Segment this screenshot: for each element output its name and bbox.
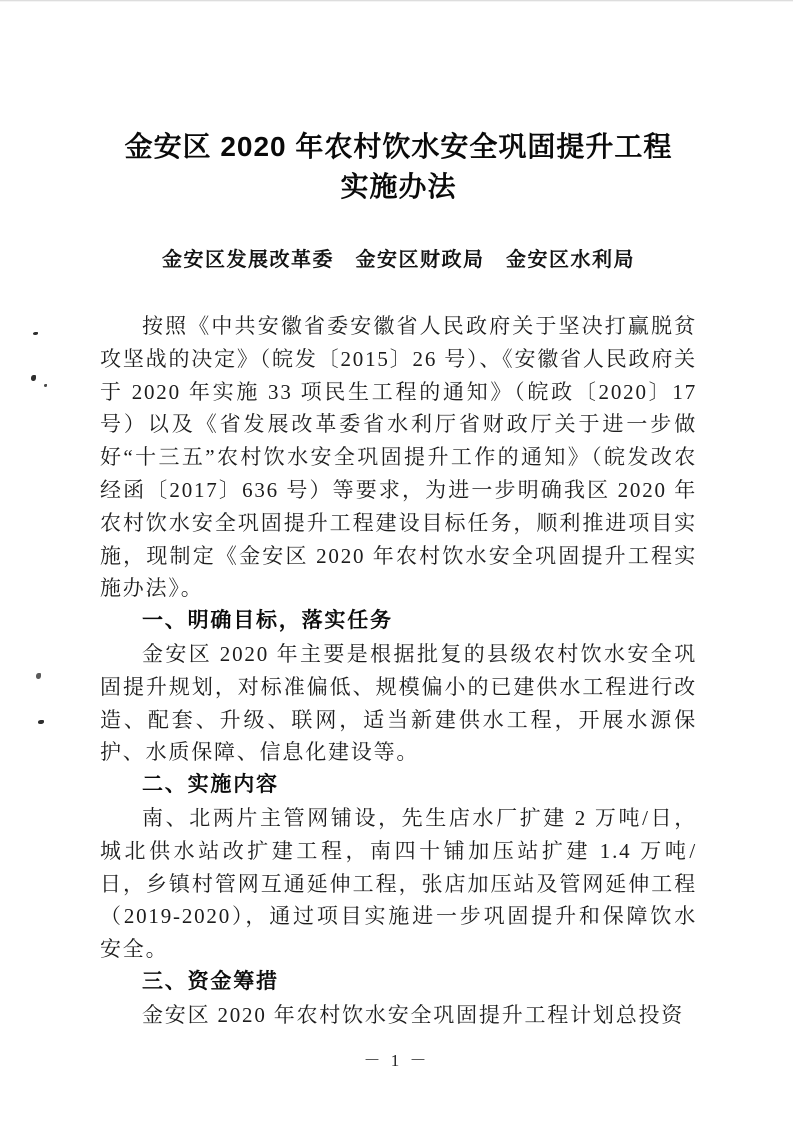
page-number: － 1 － [0,1046,793,1071]
scan-speck [36,673,41,679]
section-heading: 一、明确目标，落实任务 [100,605,697,638]
section-heading: 二、实施内容 [100,769,697,802]
scan-speck [33,332,38,335]
paragraph: 按照《中共安徽省委安徽省人民政府关于坚决打赢脱贫攻坚战的决定》（皖发〔2015〕… [100,310,697,605]
paragraph: 南、北两片主管网铺设，先生店水厂扩建 2 万吨/日，城北供水站改扩建工程，南四十… [100,802,697,966]
paragraph: 金安区 2020 年农村饮水安全巩固提升工程计划总投资 [100,999,697,1032]
scanned-document-page: 金安区 2020 年农村饮水安全巩固提升工程 实施办法 金安区发展改革委 金安区… [0,0,793,1123]
document-title: 金安区 2020 年农村饮水安全巩固提升工程 实施办法 [100,127,697,207]
scan-speck [44,384,47,387]
section-heading: 三、资金筹措 [100,966,697,999]
document-title-line-1: 金安区 2020 年农村饮水安全巩固提升工程 [100,127,697,167]
document-body: 按照《中共安徽省委安徽省人民政府关于坚决打赢脱贫攻坚战的决定》（皖发〔2015〕… [100,310,697,1032]
document-title-line-2: 实施办法 [100,167,697,207]
document-content: 金安区 2020 年农村饮水安全巩固提升工程 实施办法 金安区发展改革委 金安区… [100,0,697,1032]
paragraph: 金安区 2020 年主要是根据批复的县级农村饮水安全巩固提升规划，对标准偏低、规… [100,638,697,769]
scan-speck [38,720,44,724]
scan-speck [31,375,36,381]
issuing-agencies: 金安区发展改革委 金安区财政局 金安区水利局 [100,246,697,274]
